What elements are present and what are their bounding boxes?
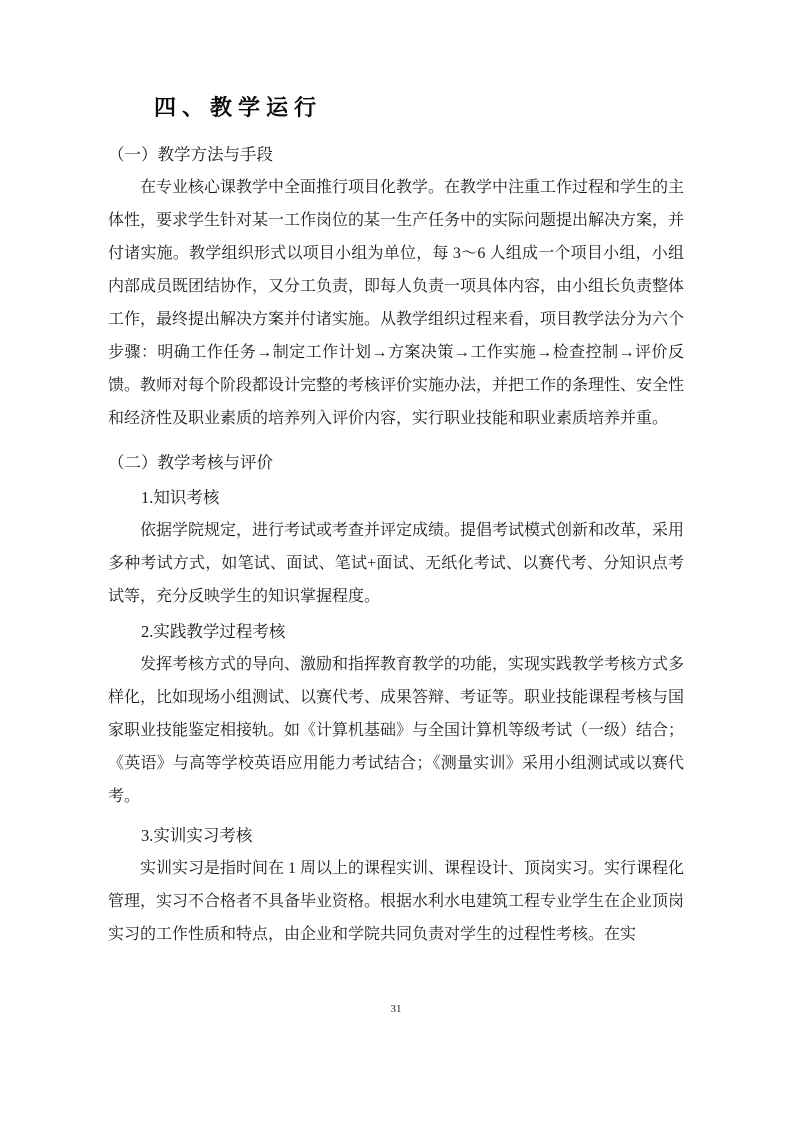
subsection-knowledge-assessment-heading: 1.知识考核: [108, 481, 684, 514]
subsection-training-internship-paragraph: 实训实习是指时间在 1 周以上的课程实训、课程设计、顶岗实习。实行课程化管理，实…: [108, 852, 684, 951]
subsection-knowledge-assessment-paragraph: 依据学院规定，进行考试或考查并评定成绩。提倡考试模式创新和改革，采用多种考试方式…: [108, 514, 684, 613]
page-number: 31: [0, 1002, 792, 1016]
section-1-paragraph: 在专业核心课教学中全面推行项目化教学。在教学中注重工作过程和学生的主体性，要求学…: [108, 171, 684, 435]
subsection-training-internship-heading: 3.实训实习考核: [108, 819, 684, 852]
section-assessment-evaluation: （二）教学考核与评价 1.知识考核 依据学院规定，进行考试或考查并评定成绩。提倡…: [108, 446, 684, 951]
document-page: 四、教学运行 （一）教学方法与手段 在专业核心课教学中全面推行项目化教学。在教学…: [0, 0, 792, 1122]
subsection-practice-process-paragraph: 发挥考核方式的导向、激励和指挥教育教学的功能，实现实践教学考核方式多样化，比如现…: [108, 648, 684, 813]
section-2-title: （二）教学考核与评价: [108, 446, 684, 479]
section-teaching-methods: （一）教学方法与手段 在专业核心课教学中全面推行项目化教学。在教学中注重工作过程…: [108, 138, 684, 435]
page-title: 四、教学运行: [154, 96, 684, 120]
section-1-title: （一）教学方法与手段: [108, 138, 684, 171]
subsection-practice-process-heading: 2.实践教学过程考核: [108, 615, 684, 648]
